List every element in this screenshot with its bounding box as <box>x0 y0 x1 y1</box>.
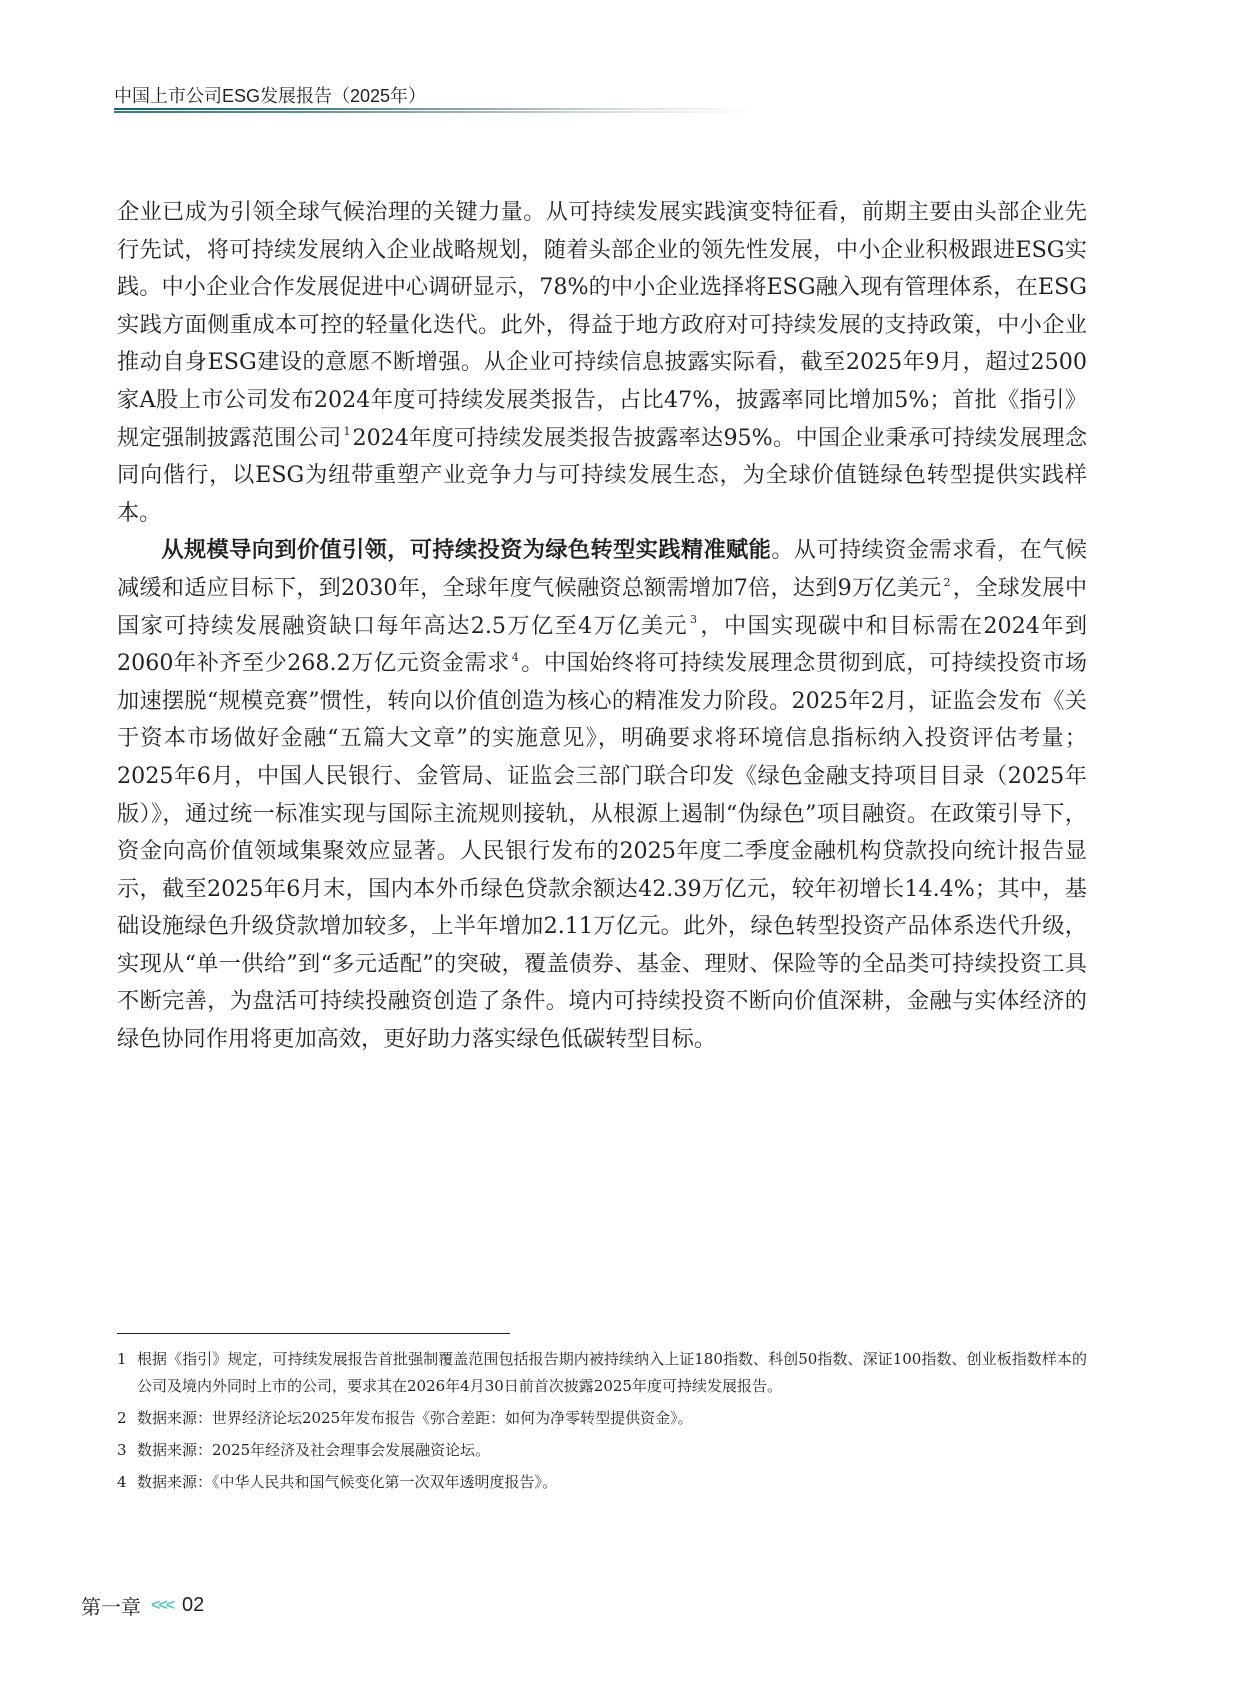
chapter-label: 第一章 <box>81 1591 141 1620</box>
header-divider-top-line <box>114 108 754 110</box>
footnote-item: 2 数据来源：世界经济论坛2025年发布报告《弥合差距：如何为净零转型提供资金》… <box>117 1405 1087 1432</box>
footnote-ref-4[interactable]: 4 <box>510 651 521 664</box>
footnote-separator <box>117 1333 510 1334</box>
paragraph-2-bold-lead: 从规模导向到价值引领，可持续投资为绿色转型实践精准赋能 <box>161 537 771 563</box>
footnote-text: 数据来源：《中华人民共和国气候变化第一次双年透明度报告》。 <box>137 1469 1087 1496</box>
footnote-number: 4 <box>117 1469 137 1496</box>
running-header-title: 中国上市公司ESG发展报告（2025年） <box>114 82 426 108</box>
main-body: 企业已成为引领全球气候治理的关键力量。从可持续发展实践演变特征看，前期主要由头部… <box>117 194 1087 1059</box>
footnote-ref-2[interactable]: 2 <box>942 576 953 589</box>
footnote-item: 4 数据来源：《中华人民共和国气候变化第一次双年透明度报告》。 <box>117 1469 1087 1496</box>
footnote-text: 根据《指引》规定，可持续发展报告首批强制覆盖范围包括报告期内被持续纳入上证180… <box>137 1346 1087 1400</box>
footnote-text: 数据来源：世界经济论坛2025年发布报告《弥合差距：如何为净零转型提供资金》。 <box>137 1405 1087 1432</box>
footnotes: 1 根据《指引》规定，可持续发展报告首批强制覆盖范围包括报告期内被持续纳入上证1… <box>117 1346 1087 1501</box>
paragraph-2-part-4: 。中国始终将可持续发展理念贯彻到底，可持续投资市场加速摆脱“规模竞赛”惯性，转向… <box>117 650 1087 1052</box>
footnote-ref-1[interactable]: 1 <box>341 425 352 438</box>
page-number: 02 <box>182 1594 204 1617</box>
footnote-item: 1 根据《指引》规定，可持续发展报告首批强制覆盖范围包括报告期内被持续纳入上证1… <box>117 1346 1087 1400</box>
footnote-number: 3 <box>117 1437 137 1464</box>
footnote-item: 3 数据来源：2025年经济及社会理事会发展融资论坛。 <box>117 1437 1087 1464</box>
footnote-number: 2 <box>117 1405 137 1432</box>
paragraph-1: 企业已成为引领全球气候治理的关键力量。从可持续发展实践演变特征看，前期主要由头部… <box>117 194 1087 532</box>
header-divider-bottom-line <box>114 111 754 113</box>
paragraph-1-part-1: 企业已成为引领全球气候治理的关键力量。从可持续发展实践演变特征看，前期主要由头部… <box>117 199 1087 451</box>
footnote-text: 数据来源：2025年经济及社会理事会发展融资论坛。 <box>137 1437 1087 1464</box>
paragraph-2: 从规模导向到价值引领，可持续投资为绿色转型实践精准赋能。从可持续资金需求看，在气… <box>117 532 1087 1058</box>
page-footer: 第一章 <<< 02 <box>81 1591 204 1620</box>
footnote-ref-3[interactable]: 3 <box>688 613 699 626</box>
header-divider <box>114 108 754 112</box>
chevron-left-triple-icon: <<< <box>151 1597 173 1615</box>
footnote-number: 1 <box>117 1346 137 1400</box>
